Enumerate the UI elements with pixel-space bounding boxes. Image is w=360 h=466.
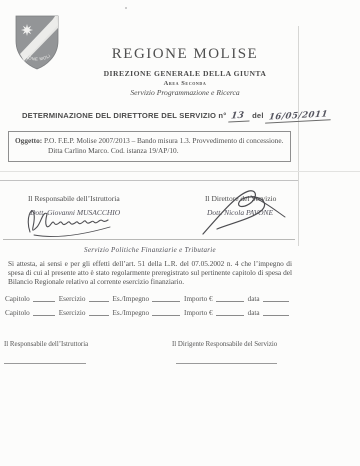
blank-line xyxy=(33,294,55,302)
blank-line xyxy=(263,308,289,316)
del-label: del xyxy=(252,111,264,120)
service-title: Servizio Programmazione e Ricerca xyxy=(60,88,310,97)
blank-line xyxy=(89,308,109,316)
oggetto-label: Oggetto: xyxy=(15,136,42,145)
blank-line xyxy=(216,308,244,316)
capitolo-label: Capitolo xyxy=(5,295,30,303)
section-rule-mid xyxy=(3,239,295,240)
blank-line xyxy=(152,308,180,316)
oggetto-line2: Ditta Carlino Marco. Cod. istanza 19/AP/… xyxy=(15,146,285,156)
scan-speck xyxy=(125,7,127,9)
area-title: Area Seconda xyxy=(60,80,310,87)
impegno-label: Es./Impegno xyxy=(113,295,150,303)
right-handwritten-signature xyxy=(193,182,299,238)
oggetto-text: P.O. F.E.P. Molise 2007/2013 – Bando mis… xyxy=(44,136,283,145)
esercizio-label: Esercizio xyxy=(59,295,86,303)
blank-line xyxy=(152,294,180,302)
capitolo-row: Capitolo Esercizio Es./Impegno Importo €… xyxy=(5,294,293,303)
regione-molise-crest-logo: REGIONE MOLISE xyxy=(12,13,62,71)
oggetto-box: Oggetto: P.O. F.E.P. Molise 2007/2013 – … xyxy=(8,131,291,162)
direction-title: DIREZIONE GENERALE DELLA GIUNTA xyxy=(60,69,310,78)
left-handwritten-signature xyxy=(22,202,126,240)
footer-left-signature-line xyxy=(4,363,86,364)
impegno-label: Es./Impegno xyxy=(113,309,150,317)
letterhead: REGIONE MOLISE DIREZIONE GENERALE DELLA … xyxy=(60,46,310,97)
blank-line xyxy=(216,294,244,302)
data-label: data xyxy=(248,295,260,303)
capitolo-row: Capitolo Esercizio Es./Impegno Importo €… xyxy=(5,308,293,317)
importo-label: Importo € xyxy=(184,309,213,317)
footer-right-signature-line xyxy=(176,363,277,364)
blank-line xyxy=(263,294,289,302)
section-rule-top xyxy=(0,180,298,181)
handwritten-date: 16/05/2011 xyxy=(265,109,331,123)
determination-heading: DETERMINAZIONE DEL DIRETTORE DEL SERVIZI… xyxy=(22,111,332,122)
finance-service-title: Servizio Politiche Finanziarie e Tributa… xyxy=(0,246,300,254)
importo-label: Importo € xyxy=(184,295,213,303)
blank-line xyxy=(89,294,109,302)
region-title: REGIONE MOLISE xyxy=(60,46,310,63)
handwritten-number: 13 xyxy=(228,110,250,122)
determination-label: DETERMINAZIONE DEL DIRETTORE DEL SERVIZI… xyxy=(22,111,227,120)
esercizio-label: Esercizio xyxy=(59,309,86,317)
oggetto-line1: Oggetto: P.O. F.E.P. Molise 2007/2013 – … xyxy=(15,136,285,146)
faint-rule xyxy=(0,171,360,172)
footer-right-role: Il Dirigente Responsabile del Servizio xyxy=(172,341,277,348)
blank-line xyxy=(33,308,55,316)
data-label: data xyxy=(248,309,260,317)
scanned-document-page: REGIONE MOLISE REGIONE MOLISE DIREZIONE … xyxy=(0,0,360,466)
capitolo-label: Capitolo xyxy=(5,309,30,317)
attestation-paragraph: Si attesta, ai sensi e per gli effetti d… xyxy=(8,260,292,286)
footer-left-role: Il Responsabile dell’Istruttoria xyxy=(4,341,88,348)
